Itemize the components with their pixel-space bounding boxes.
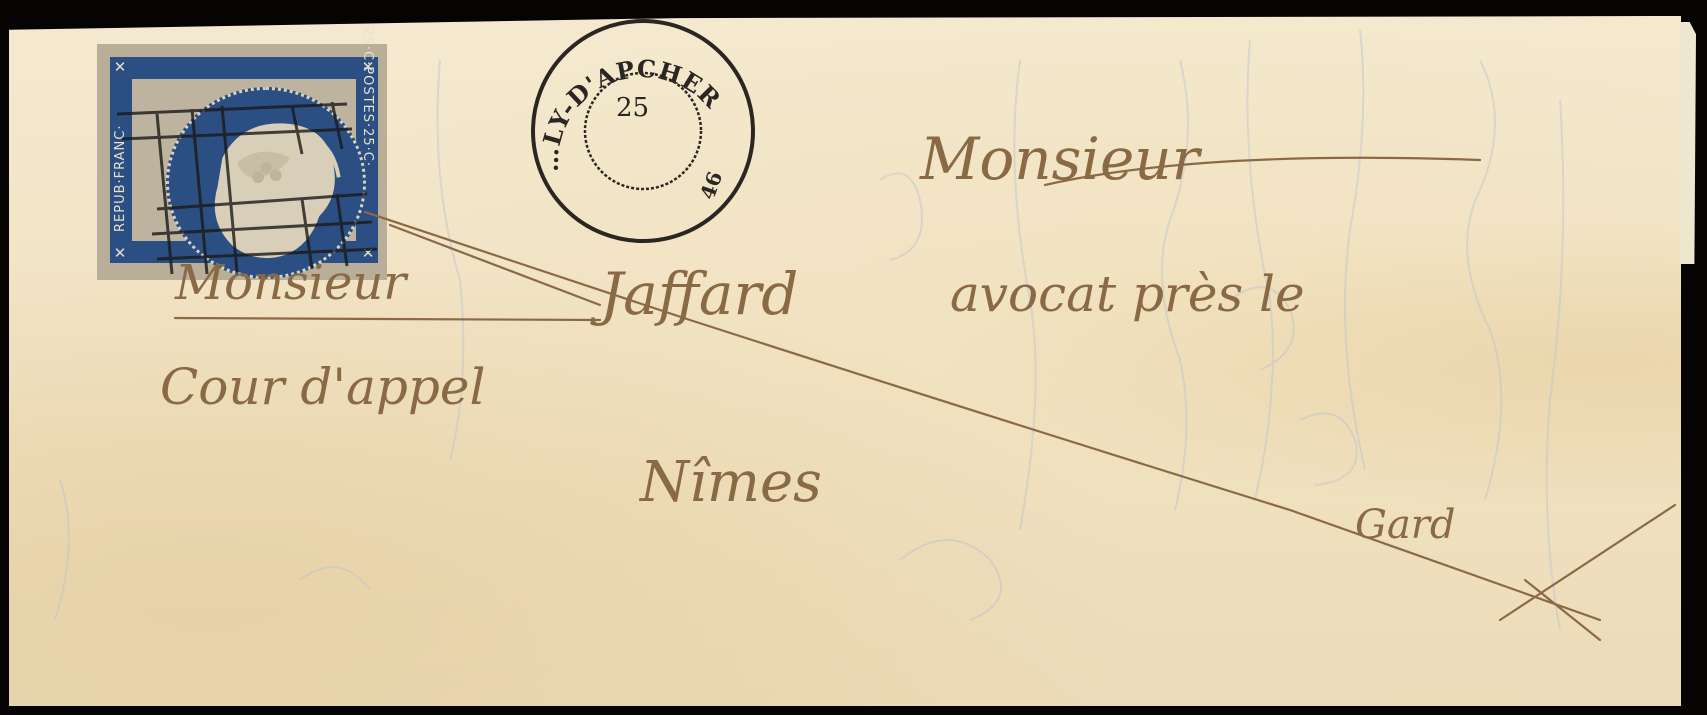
town-postmark: …LY-D'APCHER 46 25 (528, 16, 768, 256)
postmark-day: 25 (616, 93, 649, 123)
address-line-name: Jaffard (600, 260, 798, 328)
address-line-court: Cour d'appel (160, 358, 486, 416)
postmark-department: 46 (695, 168, 727, 202)
crossed-out-salutation: Monsieur (175, 255, 406, 311)
department-annotation: Gard (1355, 502, 1456, 548)
address-line-title: avocat près le (950, 265, 1305, 323)
postage-stamp: ✕ ✕ ✕ ✕ REPUB·FRANC· ·25·C·POSTES·25·C· (97, 44, 387, 280)
grid-cancellation-mark (97, 44, 387, 280)
address-line-monsieur: Monsieur (920, 125, 1199, 193)
address-line-city: Nîmes (640, 450, 822, 515)
